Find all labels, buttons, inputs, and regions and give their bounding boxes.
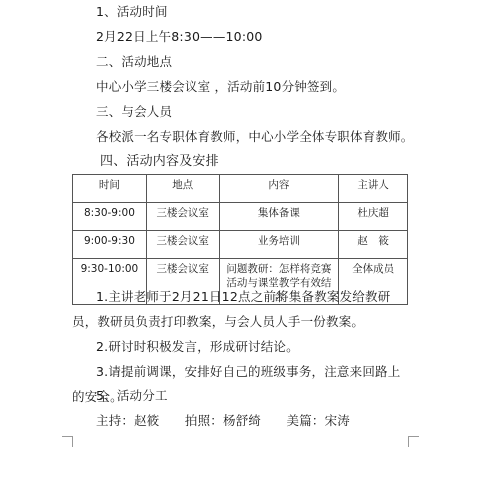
activity-time: 2月22日上午8:30——10:00: [96, 29, 263, 45]
cell-content: 业务培训: [219, 231, 339, 259]
header-time: 时间: [73, 175, 147, 203]
cell-content: 集体备课: [219, 203, 339, 231]
cell-place: 三楼会议室: [146, 231, 219, 259]
cell-place: 三楼会议室: [146, 203, 219, 231]
cell-speaker: 赵 筱: [339, 231, 408, 259]
section-1-heading: 1、活动时间: [96, 4, 168, 20]
section-3-heading: 三、与会人员: [96, 104, 172, 120]
cell-speaker: 杜庆超: [339, 203, 408, 231]
header-content: 内容: [219, 175, 339, 203]
header-place: 地点: [146, 175, 219, 203]
table-row: 9:00-9:30 三楼会议室 业务培训 赵 筱: [73, 231, 408, 259]
cell-time: 9:00-9:30: [73, 231, 147, 259]
section-2-heading: 二、活动地点: [96, 54, 172, 70]
header-speaker: 主讲人: [339, 175, 408, 203]
cell-time: 8:30-9:00: [73, 203, 147, 231]
table-row: 8:30-9:00 三楼会议室 集体备课 杜庆超: [73, 203, 408, 231]
page-corner-mark-left: [62, 436, 73, 447]
note-2: 2.研讨时积极发言，形成研讨结论。: [72, 334, 410, 359]
role-division: 主持：赵筱 拍照：杨舒绮 美篇：宋涛: [96, 413, 350, 429]
page-corner-mark-right: [408, 436, 419, 447]
attendees: 各校派一名专职体育教师，中心小学全体专职体育教师。: [96, 129, 414, 145]
note-1: 1.主讲老师于2月21日12点之前将集备教案发给教研员，教研员负责打印教案，与会…: [72, 284, 410, 334]
section-4-heading: 四、活动内容及安排: [100, 154, 219, 170]
activity-location: 中心小学三楼会议室 ，活动前10分钟签到。: [96, 79, 345, 95]
section-5-heading: 5、活动分工: [96, 388, 168, 404]
table-header-row: 时间 地点 内容 主讲人: [73, 175, 408, 203]
